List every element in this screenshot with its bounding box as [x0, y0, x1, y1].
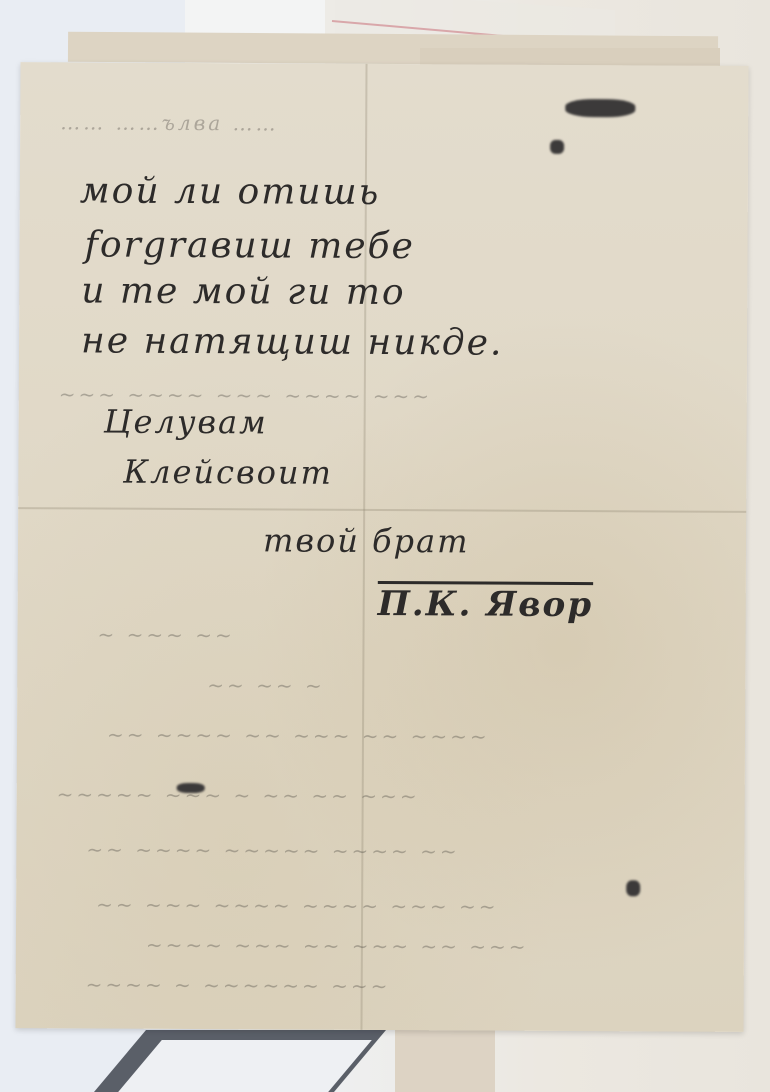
signature: П.К. Явор: [378, 584, 594, 625]
letter-line-3: и те мой ги то: [81, 270, 406, 313]
letter-line-1: мой ли отишь: [80, 170, 381, 213]
bleed-through-text: ~~ ~~ ~: [207, 673, 325, 698]
bleed-through-text: …… ……ълва ……: [60, 110, 278, 135]
ink-blot: [565, 99, 635, 117]
ink-blot: [626, 880, 640, 896]
closing-line-1: Целувам: [104, 403, 268, 442]
bleed-through-text: ~~ ~~~~ ~~~~~ ~~~~ ~~: [86, 837, 459, 863]
ink-blot: [177, 783, 205, 793]
bleed-through-text: ~~~~ ~ ~~~~~~ ~~~: [86, 972, 391, 998]
closing-line-2: Клейсвоит: [123, 453, 333, 492]
bleed-through-text: ~~ ~~~ ~~~~ ~~~~ ~~~ ~~: [96, 893, 499, 919]
bleed-through-text: ~~ ~~~~ ~~ ~~~ ~~ ~~~~: [107, 723, 490, 749]
letter-line-4: не натящиш никде.: [81, 320, 504, 363]
bleed-through-text: ~ ~~~ ~~: [97, 623, 234, 648]
letter-sheet: …… ……ълва …… мой ли отишь forgraвиш тебе…: [15, 62, 748, 1032]
letter-line-2: forgraвиш тебе: [84, 224, 415, 267]
ink-blot: [550, 140, 564, 154]
photo-card-border: [118, 1040, 372, 1092]
plastic-sleeve: [395, 1030, 495, 1092]
fold-crease-horizontal: [18, 507, 746, 513]
bleed-through-text: ~~~~~ ~~~ ~ ~~ ~~ ~~~: [57, 782, 420, 808]
bleed-through-text: ~~~~ ~~~ ~~ ~~~ ~~ ~~~: [146, 933, 529, 959]
sign-off: твой брат: [263, 521, 470, 560]
